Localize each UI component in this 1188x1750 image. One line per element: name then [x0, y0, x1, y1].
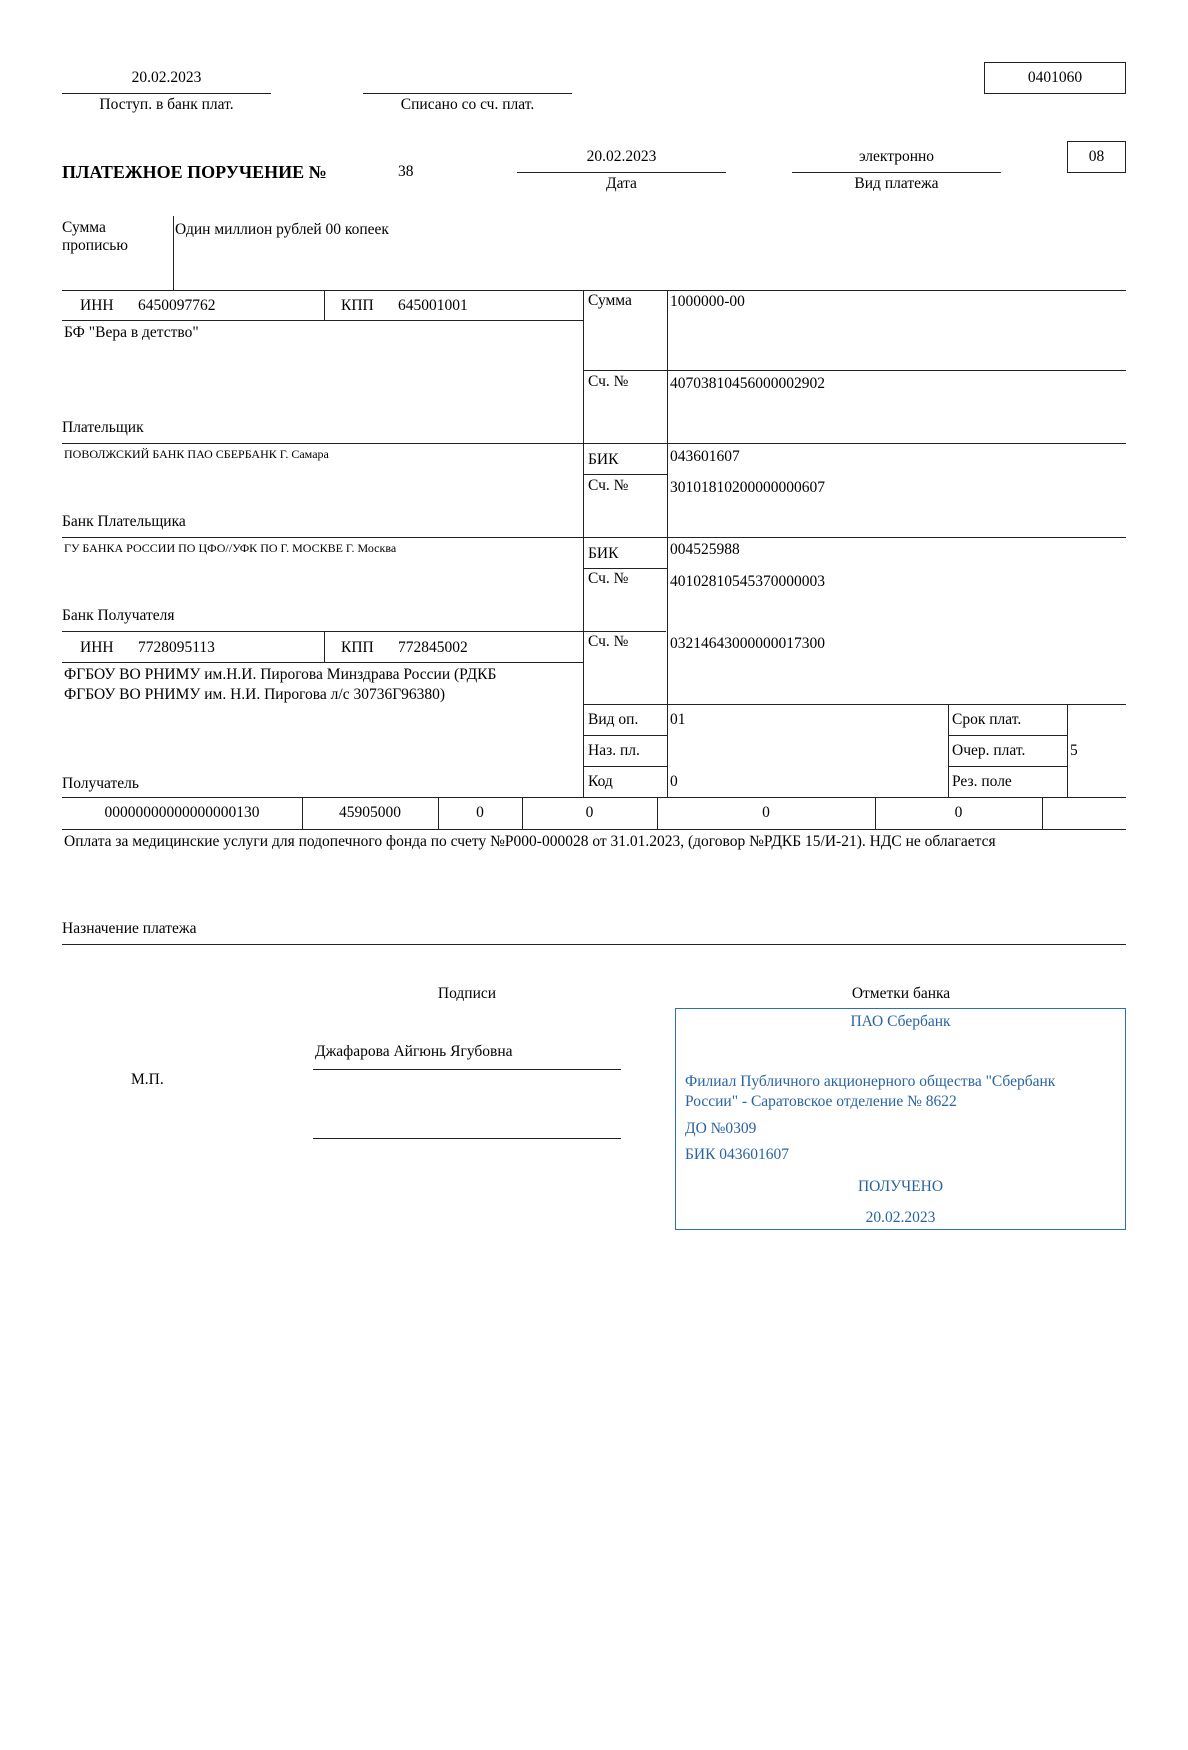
- tax-field-4: 0: [522, 804, 657, 822]
- divider: [1042, 797, 1043, 829]
- tax-field-5: 0: [657, 804, 875, 822]
- stamp-place: М.П.: [131, 1071, 164, 1089]
- payer-kpp-label: КПП: [341, 297, 374, 315]
- payer-account: 40703810456000002902: [670, 375, 825, 393]
- page-title: ПЛАТЕЖНОЕ ПОРУЧЕНИЕ №: [62, 162, 327, 183]
- srok-label: Срок плат.: [952, 711, 1021, 729]
- recipient-bank-name: ГУ БАНКА РОССИИ ПО ЦФО//УФК ПО Г. МОСКВЕ…: [64, 541, 396, 556]
- recipient-account: 03214643000000017300: [670, 635, 825, 653]
- signatures-label: Подписи: [313, 985, 621, 1003]
- order-date-label: Дата: [517, 175, 726, 193]
- vid-op-label: Вид оп.: [588, 711, 638, 729]
- payer-bank-account-label: Сч. №: [588, 477, 628, 495]
- divider: [62, 944, 1126, 945]
- divider: [1067, 704, 1068, 797]
- recipient-bank-bik-label: БИК: [588, 545, 618, 563]
- stamp-bik: БИК 043601607: [685, 1146, 789, 1164]
- recipient-inn: 7728095113: [138, 639, 215, 657]
- divider: [62, 443, 1126, 444]
- order-date: 20.02.2023: [517, 148, 726, 166]
- divider: [62, 290, 1126, 291]
- divider: [583, 290, 584, 798]
- payer-kpp: 645001001: [398, 297, 468, 315]
- payer-bank-label: Банк Плательщика: [62, 513, 186, 531]
- payment-type: электронно: [792, 148, 1001, 166]
- signature-line: [313, 1138, 621, 1139]
- vid-op-value: 01: [670, 711, 686, 729]
- divider: [948, 766, 1067, 767]
- order-number: 38: [398, 163, 414, 181]
- stamp-bank-name: ПАО Сбербанк: [676, 1013, 1125, 1031]
- amount-value: 1000000-00: [670, 293, 745, 311]
- divider: [324, 290, 325, 320]
- form-code-box: 0401060: [984, 62, 1126, 94]
- received-date: 20.02.2023: [62, 69, 271, 87]
- divider: [792, 172, 1001, 173]
- ocher-value: 5: [1070, 742, 1078, 760]
- kod-label: Код: [588, 773, 613, 791]
- payer-inn: 6450097762: [138, 297, 216, 315]
- signer-name: Джафарова Айгюнь Ягубовна: [315, 1043, 513, 1061]
- divider: [657, 797, 658, 829]
- debited-label: Списано со сч. плат.: [363, 96, 572, 114]
- payer-name: БФ "Вера в детство": [64, 324, 199, 342]
- payer-label: Плательщик: [62, 419, 144, 437]
- payer-bank-name: ПОВОЛЖСКИЙ БАНК ПАО СБЕРБАНК Г. Самара: [64, 447, 329, 462]
- recipient-kpp: 772845002: [398, 639, 468, 657]
- stamp-branch-line1: Филиал Публичного акционерного общества …: [685, 1073, 1055, 1091]
- recipient-account-label: Сч. №: [588, 633, 628, 651]
- signature-line: [313, 1069, 621, 1070]
- divider: [438, 797, 439, 829]
- amount-words-label: Сумма прописью: [62, 219, 162, 255]
- divider: [583, 370, 667, 371]
- recipient-bank-account-label: Сч. №: [588, 570, 628, 588]
- divider: [62, 662, 583, 663]
- amount-label: Сумма: [588, 292, 632, 310]
- purpose-text: Оплата за медицинские услуги для подопеч…: [64, 833, 1124, 851]
- kod-value: 0: [670, 773, 678, 791]
- recipient-bank-label: Банк Получателя: [62, 607, 175, 625]
- status-code: 08: [1089, 148, 1105, 165]
- divider: [583, 704, 1126, 705]
- divider: [62, 320, 583, 321]
- stamp-office: ДО №0309: [685, 1120, 756, 1138]
- naz-pl-label: Наз. пл.: [588, 742, 640, 760]
- status-code-box: 08: [1067, 141, 1126, 173]
- recipient-bank-bik: 004525988: [670, 541, 740, 559]
- tax-field-3: 0: [438, 804, 522, 822]
- divider: [517, 172, 726, 173]
- divider: [62, 537, 1126, 538]
- divider: [948, 735, 1067, 736]
- divider: [363, 93, 572, 94]
- divider: [302, 797, 303, 829]
- divider: [522, 797, 523, 829]
- divider: [667, 370, 1126, 371]
- payer-bank-bik-label: БИК: [588, 451, 618, 469]
- stamp-status: ПОЛУЧЕНО: [676, 1178, 1125, 1196]
- purpose-label: Назначение платежа: [62, 920, 197, 938]
- divider: [62, 93, 271, 94]
- divider: [875, 797, 876, 829]
- payer-inn-label: ИНН: [80, 297, 114, 315]
- recipient-bank-account: 40102810545370000003: [670, 573, 825, 591]
- tax-field-2: 45905000: [302, 804, 438, 822]
- recipient-name-line1: ФГБОУ ВО РНИМУ им.Н.И. Пирогова Минздрав…: [64, 666, 496, 684]
- recipient-name-line2: ФГБОУ ВО РНИМУ им. Н.И. Пирогова л/с 307…: [64, 686, 445, 704]
- divider: [62, 829, 1126, 830]
- payer-account-label: Сч. №: [588, 373, 628, 391]
- payer-bank-bik: 043601607: [670, 448, 740, 466]
- bank-marks-label: Отметки банка: [676, 985, 1126, 1003]
- payer-bank-account: 30101810200000000607: [670, 479, 825, 497]
- rez-label: Рез. поле: [952, 773, 1012, 791]
- divider: [583, 735, 667, 736]
- divider: [62, 797, 1126, 798]
- recipient-kpp-label: КПП: [341, 639, 374, 657]
- form-code: 0401060: [1028, 69, 1082, 86]
- divider: [583, 568, 667, 569]
- tax-field-1: 00000000000000000130: [62, 804, 302, 822]
- payment-type-label: Вид платежа: [792, 175, 1001, 193]
- divider: [948, 704, 949, 797]
- ocher-label: Очер. плат.: [952, 742, 1025, 760]
- stamp-date: 20.02.2023: [676, 1209, 1125, 1227]
- divider: [583, 474, 667, 475]
- stamp-branch-line2: России" - Саратовское отделение № 8622: [685, 1093, 957, 1111]
- bank-stamp: ПАО Сбербанк Филиал Публичного акционерн…: [675, 1008, 1126, 1230]
- divider: [62, 631, 666, 632]
- divider: [583, 766, 667, 767]
- amount-words-value: Один миллион рублей 00 копеек: [175, 221, 389, 239]
- recipient-inn-label: ИНН: [80, 639, 114, 657]
- tax-field-6: 0: [875, 804, 1042, 822]
- divider: [173, 216, 174, 290]
- divider: [324, 631, 325, 662]
- recipient-label: Получатель: [62, 775, 139, 793]
- received-label: Поступ. в банк плат.: [62, 96, 271, 114]
- divider: [667, 290, 668, 798]
